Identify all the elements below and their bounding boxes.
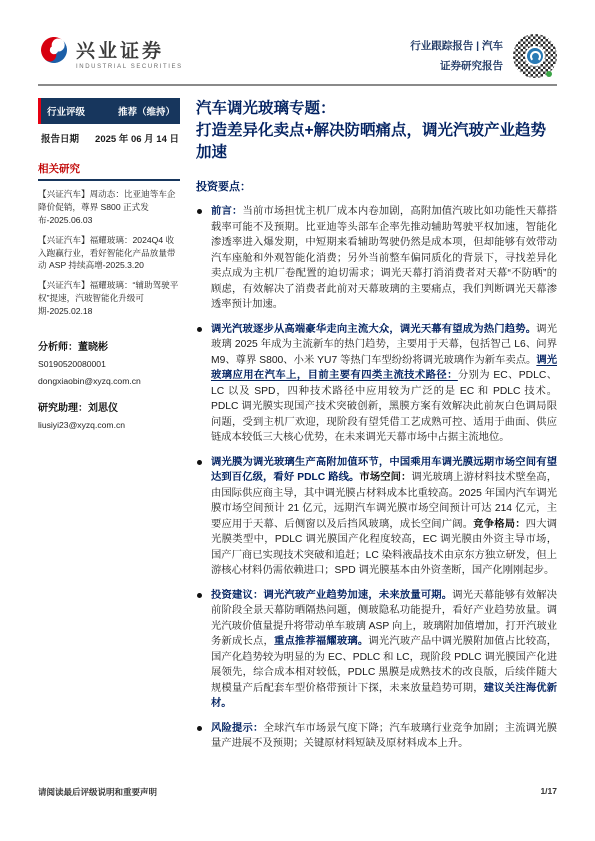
investment-points-heading: 投资要点： [196,178,557,194]
content-columns: 行业评级 推荐（维持） 报告日期 2025 年 06 月 14 日 相关研究 【… [38,98,557,761]
page-number: 1/17 [540,786,557,798]
footer-disclaimer: 请阅读最后评级说明和重要声明 [38,786,157,798]
bullet-item: 投资建议：调光汽玻产业趋势加速，未来放量可期。调光天幕能够有效解决前阶段全景天幕… [196,588,557,712]
related-research-list: 【兴证汽车】周动态：比亚迪等车企降价促销，尊界 S800 正式发布-2025.0… [38,188,180,318]
bullet-item: 调光膜为调光玻璃生产高附加值环节，中国乘用车调光膜远期市场空间有望达到百亿级，看… [196,455,557,579]
related-research-item: 【兴证汽车】周动态：比亚迪等车企降价促销，尊界 S800 正式发布-2025.0… [38,188,180,227]
report-date-row: 报告日期 2025 年 06 月 14 日 [38,124,180,145]
bullet-segment: 风险提示： [211,723,263,734]
report-page: 兴业证券 INDUSTRIAL SECURITIES 行业跟踪报告 | 汽车 证… [0,0,595,841]
assistant-email: liusiyi23@xyzq.com.cn [38,419,180,431]
brand-logo: 兴业证券 INDUSTRIAL SECURITIES [38,34,183,71]
bullet-segment: 投资建议：调光汽玻产业趋势加速，未来放量可期。 [211,590,452,601]
bullet-paragraph: 调光汽玻逐步从高端豪华走向主流大众，调光天幕有望成为热门趋势。调光玻璃 2025… [211,322,557,446]
bullet-paragraph: 调光膜为调光玻璃生产高附加值环节，中国乘用车调光膜远期市场空间有望达到百亿级，看… [211,455,557,579]
assistant-name: 刘思仪 [88,403,118,414]
bullet-segment: 当前市场担忧主机厂成本内卷加剧，高附加值汽玻比如功能性天幕搭载率可能不及预期。比… [211,206,557,310]
report-date-label: 报告日期 [41,131,79,145]
main-content: 汽车调光玻璃专题： 打造差异化卖点+解决防晒痛点，调光汽玻产业趋势加速 投资要点… [196,98,557,761]
page-footer: 请阅读最后评级说明和重要声明 1/17 [38,786,557,798]
qr-green-dot-icon [546,71,552,77]
sidebar: 行业评级 推荐（维持） 报告日期 2025 年 06 月 14 日 相关研究 【… [38,98,180,761]
bullet-segment: 全球汽车市场景气度下降；汽车玻璃行业竞争加剧；主流调光膜量产进展不及预期；关键原… [211,723,557,750]
bullet-segment: 调光汽玻逐步从高端豪华走向主流大众，调光天幕有望成为热门趋势。 [211,324,536,335]
bullet-segment: 前言： [211,206,242,217]
brand-swirl-icon [38,34,70,71]
report-title: 汽车调光玻璃专题： 打造差异化卖点+解决防晒痛点，调光汽玻产业趋势加速 [196,98,557,164]
assistant-row: 研究助理：刘思仪 [38,399,180,414]
report-category-label: 证券研究报告 [410,58,503,73]
report-title-line2: 打造差异化卖点+解决防晒痛点，调光汽玻产业趋势加速 [196,120,557,164]
header-right: 行业跟踪报告 | 汽车 证券研究报告 [410,34,557,78]
header-divider [38,84,557,86]
report-title-line1: 汽车调光玻璃专题： [196,98,557,120]
related-research-title: 相关研究 [38,161,180,181]
analyst-email: dongxiaobin@xyzq.com.cn [38,375,180,387]
qr-center-logo-icon [525,46,545,66]
related-research-item: 【兴证汽车】福耀玻璃：2024Q4 收入跑赢行业，看好智能化产品放量带动 ASP… [38,234,180,273]
bullet-dot-icon [197,327,202,332]
assistant-label: 研究助理： [38,403,88,414]
rating-value: 推荐（维持） [118,104,175,118]
bullet-paragraph: 前言：当前市场担忧主机厂成本内卷加剧，高附加值汽玻比如功能性天幕搭载率可能不及预… [211,204,557,313]
bullet-segment: 竞争格局： [473,519,525,530]
rating-label: 行业评级 [47,104,85,118]
bullet-segment: 重点推荐福耀玻璃。 [274,636,368,647]
bullet-dot-icon [197,209,202,214]
analyst-row: 分析师：董晓彬 [38,338,180,353]
report-date-value: 2025 年 06 月 14 日 [95,131,179,145]
qr-code [513,34,557,78]
brand-name-cn: 兴业证券 [76,36,183,63]
header: 兴业证券 INDUSTRIAL SECURITIES 行业跟踪报告 | 汽车 证… [38,34,557,78]
report-type-label: 行业跟踪报告 | 汽车 [410,38,503,53]
bullet-item: 前言：当前市场担忧主机厂成本内卷加剧，高附加值汽玻比如功能性天幕搭载率可能不及预… [196,204,557,313]
bullet-dot-icon [197,460,202,465]
bullet-paragraph: 投资建议：调光汽玻产业趋势加速，未来放量可期。调光天幕能够有效解决前阶段全景天幕… [211,588,557,712]
analyst-label: 分析师： [38,342,78,353]
brand-name-en: INDUSTRIAL SECURITIES [76,64,183,70]
industry-rating-box: 行业评级 推荐（维持） [38,98,180,124]
investment-points-list: 前言：当前市场担忧主机厂成本内卷加剧，高附加值汽玻比如功能性天幕搭载率可能不及预… [196,204,557,752]
brand-name: 兴业证券 INDUSTRIAL SECURITIES [76,36,183,70]
bullet-dot-icon [197,593,202,598]
bullet-segment: 市场空间： [359,472,411,483]
header-titles: 行业跟踪报告 | 汽车 证券研究报告 [410,38,503,73]
bullet-item: 风险提示：全球汽车市场景气度下降；汽车玻璃行业竞争加剧；主流调光膜量产进展不及预… [196,721,557,752]
analyst-sac-no: S0190520080001 [38,358,180,370]
bullet-paragraph: 风险提示：全球汽车市场景气度下降；汽车玻璃行业竞争加剧；主流调光膜量产进展不及预… [211,721,557,752]
analyst-name: 董晓彬 [78,342,108,353]
related-research-item: 【兴证汽车】福耀玻璃：“辅助驾驶平权”提速，汽玻智能化升级可期-2025.02.… [38,279,180,318]
bullet-item: 调光汽玻逐步从高端豪华走向主流大众，调光天幕有望成为热门趋势。调光玻璃 2025… [196,322,557,446]
bullet-dot-icon [197,726,202,731]
